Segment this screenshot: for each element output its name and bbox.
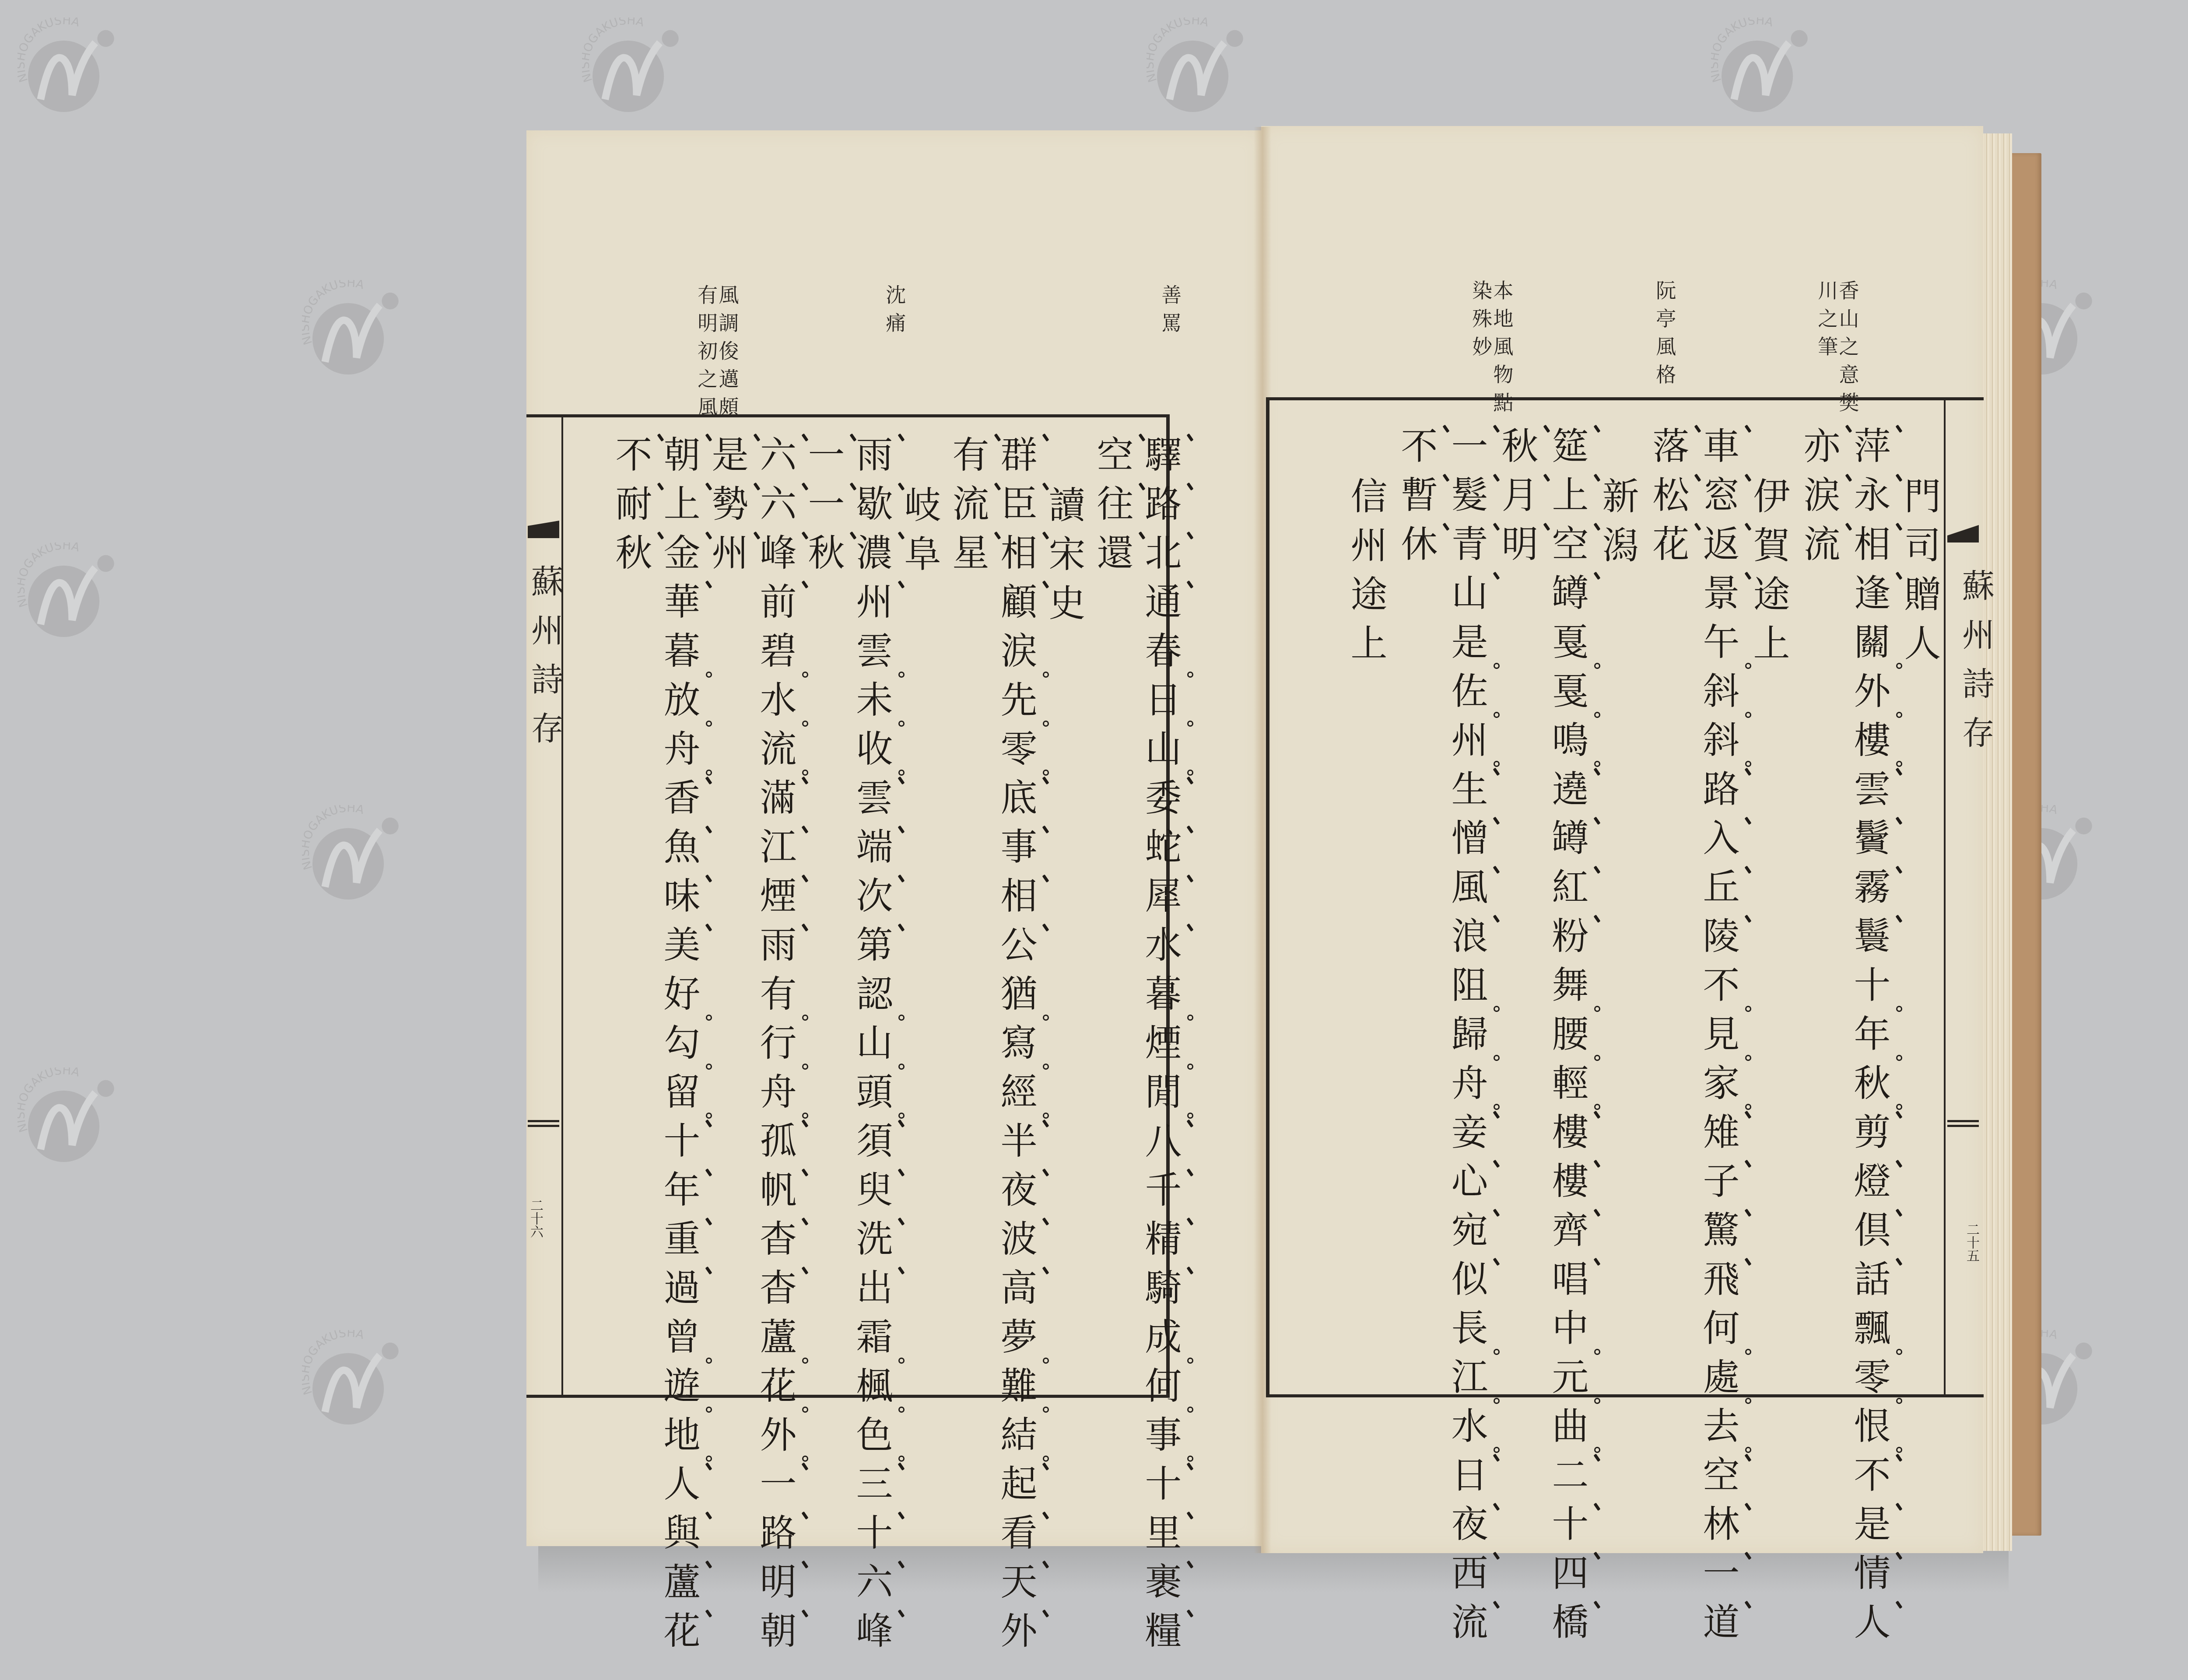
character: 心 bbox=[1445, 1162, 1488, 1211]
character: 伊 bbox=[1747, 477, 1790, 526]
character: 萍 bbox=[1848, 427, 1891, 476]
character: 明 bbox=[1496, 525, 1539, 574]
character: 曲 bbox=[1546, 1407, 1589, 1456]
character: 道 bbox=[1697, 1603, 1740, 1652]
character: 是 bbox=[706, 435, 749, 484]
character: 帆 bbox=[754, 1170, 797, 1219]
character: 返 bbox=[1697, 525, 1740, 574]
character: 須 bbox=[850, 1121, 893, 1170]
right-hanshin-title: 蘇州詩存 bbox=[1960, 569, 1992, 765]
character: 雲 bbox=[850, 778, 893, 827]
character: 看 bbox=[995, 1513, 1038, 1562]
character: 夢 bbox=[995, 1317, 1038, 1366]
character: 零 bbox=[1848, 1358, 1891, 1407]
character: 落 bbox=[1647, 427, 1690, 476]
character: 樓 bbox=[1848, 721, 1891, 770]
character: 騎 bbox=[1139, 1268, 1182, 1317]
left-hanshin-title: 蘇州詩存 bbox=[529, 564, 561, 760]
character: 不 bbox=[1697, 966, 1740, 1015]
character: 相 bbox=[995, 533, 1038, 582]
character: 岐 bbox=[898, 486, 941, 535]
character: 涙 bbox=[995, 631, 1038, 680]
character: 水 bbox=[1445, 1407, 1488, 1456]
character: 霜 bbox=[850, 1317, 893, 1366]
character: 長 bbox=[1445, 1309, 1488, 1358]
character: 半 bbox=[995, 1121, 1038, 1170]
margin-commentary: 香山之意樊 川之筆 bbox=[1816, 280, 1858, 420]
character: 車 bbox=[1697, 427, 1740, 476]
character: 金 bbox=[658, 533, 701, 582]
character: 千 bbox=[1139, 1170, 1182, 1219]
character: 青 bbox=[1445, 525, 1488, 574]
character: 流 bbox=[1798, 525, 1841, 574]
svg-text:NISHOGAKUSHA: NISHOGAKUSHA bbox=[582, 17, 646, 84]
character: 有 bbox=[754, 974, 797, 1023]
character: 與 bbox=[658, 1513, 701, 1562]
character: 前 bbox=[754, 582, 797, 631]
character: 日 bbox=[1139, 680, 1182, 729]
character: 憎 bbox=[1445, 819, 1488, 868]
book-cover-edge bbox=[2009, 153, 2041, 1536]
poem-line: 是勢州 bbox=[709, 435, 746, 582]
character: 群 bbox=[995, 435, 1038, 484]
character: 鬢 bbox=[1848, 819, 1891, 868]
character: 見 bbox=[1697, 1015, 1740, 1064]
margin-commentary: 沈痛 bbox=[884, 284, 905, 340]
character: 高 bbox=[995, 1268, 1038, 1317]
character: 髮 bbox=[1445, 476, 1488, 525]
character: 元 bbox=[1546, 1358, 1589, 1407]
character: 香 bbox=[658, 778, 701, 827]
watermark-logo: NISHOGAKUSHA bbox=[18, 17, 123, 122]
character: 佐 bbox=[1445, 672, 1488, 721]
character: 話 bbox=[1848, 1260, 1891, 1309]
character: 途 bbox=[1747, 575, 1790, 624]
character: 霧 bbox=[1848, 868, 1891, 917]
character: 委 bbox=[1139, 778, 1182, 827]
character: 十 bbox=[1139, 1464, 1182, 1513]
character: 路 bbox=[1139, 484, 1182, 533]
character: 浪 bbox=[1445, 917, 1488, 966]
character: 有 bbox=[947, 435, 989, 484]
character: 收 bbox=[850, 729, 893, 778]
right-page-number: 二十五 bbox=[1965, 1223, 1978, 1262]
character: 樓 bbox=[1546, 1113, 1589, 1162]
character: 糧 bbox=[1139, 1611, 1182, 1660]
character: 阻 bbox=[1445, 966, 1488, 1015]
character: 外 bbox=[754, 1415, 797, 1464]
character: 外 bbox=[1848, 672, 1891, 721]
character: 流 bbox=[1445, 1603, 1488, 1652]
character: 里 bbox=[1139, 1513, 1182, 1562]
character: 犀 bbox=[1139, 876, 1182, 925]
character: 暮 bbox=[1139, 974, 1182, 1023]
character: 中 bbox=[1546, 1309, 1589, 1358]
character: 是 bbox=[1445, 623, 1488, 672]
character: 人 bbox=[1848, 1603, 1891, 1652]
character: 雲 bbox=[1848, 770, 1891, 819]
character: 上 bbox=[1747, 624, 1790, 673]
character: 司 bbox=[1898, 526, 1941, 575]
character: 波 bbox=[995, 1219, 1038, 1268]
character: 西 bbox=[1445, 1554, 1488, 1603]
character: 史 bbox=[1043, 584, 1086, 633]
character: 好 bbox=[658, 974, 701, 1023]
character: 蘆 bbox=[658, 1562, 701, 1611]
watermark-logo: NISHOGAKUSHA bbox=[302, 280, 407, 385]
character: 是 bbox=[1848, 1505, 1891, 1554]
character: 燈 bbox=[1848, 1162, 1891, 1211]
character: 贈 bbox=[1898, 575, 1941, 624]
character: 家 bbox=[1697, 1064, 1740, 1113]
character: 水 bbox=[1139, 925, 1182, 974]
character: 橋 bbox=[1546, 1603, 1589, 1652]
character: 輕 bbox=[1546, 1064, 1589, 1113]
character: 宋 bbox=[1043, 535, 1086, 584]
character: 過 bbox=[658, 1268, 701, 1317]
margin-commentary: 阮亭風格 bbox=[1654, 280, 1675, 392]
character: 讀 bbox=[1043, 486, 1086, 535]
character: 恨 bbox=[1848, 1407, 1891, 1456]
character: 事 bbox=[1139, 1415, 1182, 1464]
character: 碧 bbox=[754, 631, 797, 680]
character: 色 bbox=[850, 1415, 893, 1464]
character: 楓 bbox=[850, 1366, 893, 1415]
character: 峰 bbox=[754, 533, 797, 582]
character: 上 bbox=[658, 484, 701, 533]
character: 信 bbox=[1345, 477, 1388, 526]
character: 顧 bbox=[995, 582, 1038, 631]
character: 往 bbox=[1091, 484, 1134, 533]
character: 經 bbox=[995, 1072, 1038, 1121]
character: 斜 bbox=[1697, 672, 1740, 721]
character: 年 bbox=[658, 1170, 701, 1219]
watermark-logo: NISHOGAKUSHA bbox=[1711, 17, 1816, 122]
character: 雲 bbox=[850, 631, 893, 680]
character: 宛 bbox=[1445, 1211, 1488, 1260]
margin-commentary: 風調俊邁頗 有明初之風 bbox=[696, 284, 738, 424]
poem-line: 空往還 bbox=[1094, 435, 1131, 582]
character: 子 bbox=[1697, 1162, 1740, 1211]
character: 一 bbox=[802, 484, 845, 533]
character: 不 bbox=[1848, 1456, 1891, 1505]
character: 次 bbox=[850, 876, 893, 925]
poem-line: 一髮青山是佐州生憎風浪阻歸舟妾心宛似長江水日夜西流 bbox=[1448, 427, 1485, 1652]
right-hanshin-double-rule bbox=[1947, 1120, 1979, 1127]
character: 夜 bbox=[1445, 1505, 1488, 1554]
character: 關 bbox=[1848, 623, 1891, 672]
character: 天 bbox=[995, 1562, 1038, 1611]
character: 逢 bbox=[1848, 574, 1891, 623]
character: 三 bbox=[850, 1464, 893, 1513]
poem-line: 朝上金華暮放舟香魚味美好勾留十年重過曾遊地人與蘆花 bbox=[661, 435, 698, 1660]
character: 驚 bbox=[1697, 1211, 1740, 1260]
character: 雉 bbox=[1697, 1113, 1740, 1162]
character: 相 bbox=[995, 876, 1038, 925]
character: 不 bbox=[610, 435, 652, 484]
character: 江 bbox=[754, 827, 797, 876]
svg-text:NISHOGAKUSHA: NISHOGAKUSHA bbox=[302, 280, 366, 346]
character: 休 bbox=[1395, 525, 1438, 574]
character: 一 bbox=[802, 435, 845, 484]
character: 舟 bbox=[1445, 1064, 1488, 1113]
character: 星 bbox=[947, 533, 989, 582]
character: 州 bbox=[706, 533, 749, 582]
character: 潟 bbox=[1596, 526, 1639, 575]
character: 上 bbox=[1345, 624, 1388, 673]
character: 秋 bbox=[1848, 1064, 1891, 1113]
character: 濃 bbox=[850, 533, 893, 582]
character: 起 bbox=[995, 1464, 1038, 1513]
poem-line: 不耐秋 bbox=[613, 435, 649, 582]
character: 通 bbox=[1139, 582, 1182, 631]
character: 裹 bbox=[1139, 1562, 1182, 1611]
character: 流 bbox=[754, 729, 797, 778]
character: 齊 bbox=[1546, 1211, 1589, 1260]
character: 山 bbox=[850, 1023, 893, 1072]
character: 六 bbox=[850, 1562, 893, 1611]
svg-text:NISHOGAKUSHA: NISHOGAKUSHA bbox=[1147, 17, 1210, 84]
character: 十 bbox=[1848, 966, 1891, 1015]
character: 滿 bbox=[754, 778, 797, 827]
watermark-logo: NISHOGAKUSHA bbox=[302, 805, 407, 910]
character: 景 bbox=[1697, 574, 1740, 623]
character: 人 bbox=[658, 1464, 701, 1513]
character: 戛 bbox=[1546, 672, 1589, 721]
character: 還 bbox=[1091, 533, 1134, 582]
character: 入 bbox=[1697, 819, 1740, 868]
character: 十 bbox=[1546, 1505, 1589, 1554]
character: 遊 bbox=[658, 1366, 701, 1415]
character: 腰 bbox=[1546, 1015, 1589, 1064]
character: 公 bbox=[995, 925, 1038, 974]
character: 空 bbox=[1091, 435, 1134, 484]
character: 戛 bbox=[1546, 623, 1589, 672]
character: 出 bbox=[850, 1268, 893, 1317]
character: 六 bbox=[754, 484, 797, 533]
character: 州 bbox=[1445, 721, 1488, 770]
character: 外 bbox=[995, 1611, 1038, 1660]
character: 永 bbox=[1848, 476, 1891, 525]
character: 陵 bbox=[1697, 917, 1740, 966]
character: 飄 bbox=[1848, 1309, 1891, 1358]
character: 路 bbox=[754, 1513, 797, 1562]
character: 涙 bbox=[1798, 476, 1841, 525]
character: 舞 bbox=[1546, 966, 1589, 1015]
character: 秋 bbox=[802, 533, 845, 582]
character: 驛 bbox=[1139, 435, 1182, 484]
character: 頭 bbox=[850, 1072, 893, 1121]
character: 杳 bbox=[754, 1219, 797, 1268]
character: 阜 bbox=[898, 535, 941, 584]
character: 飛 bbox=[1697, 1260, 1740, 1309]
character: 唱 bbox=[1546, 1260, 1589, 1309]
character: 猶 bbox=[995, 974, 1038, 1023]
character: 臣 bbox=[995, 484, 1038, 533]
character: 花 bbox=[1647, 525, 1690, 574]
poem-line: 群臣相顧涙先零底事相公猶寫經半夜波高夢難結起看天外 bbox=[998, 435, 1034, 1660]
character: 魚 bbox=[658, 827, 701, 876]
character: 雨 bbox=[850, 435, 893, 484]
character: 底 bbox=[995, 778, 1038, 827]
watermark-logo: NISHOGAKUSHA bbox=[18, 542, 123, 647]
character: 新 bbox=[1596, 477, 1639, 526]
character: 寫 bbox=[995, 1023, 1038, 1072]
character: 筵 bbox=[1546, 427, 1589, 476]
character: 流 bbox=[947, 484, 989, 533]
character: 難 bbox=[995, 1366, 1038, 1415]
character: 情 bbox=[1848, 1554, 1891, 1603]
character: 空 bbox=[1546, 525, 1589, 574]
watermark-logo: NISHOGAKUSHA bbox=[582, 17, 687, 122]
character: 十 bbox=[850, 1513, 893, 1562]
character: 午 bbox=[1697, 623, 1740, 672]
character: 賀 bbox=[1747, 526, 1790, 575]
character: 花 bbox=[754, 1366, 797, 1415]
character: 妾 bbox=[1445, 1113, 1488, 1162]
character: 二 bbox=[1546, 1456, 1589, 1505]
character: 耐 bbox=[610, 484, 652, 533]
character: 放 bbox=[658, 680, 701, 729]
poem-line: 不暫休 bbox=[1398, 427, 1435, 574]
character: 孤 bbox=[754, 1121, 797, 1170]
character: 事 bbox=[995, 827, 1038, 876]
character: 花 bbox=[658, 1611, 701, 1660]
poem-line: 雨歇濃州雲未收雲端次第認山頭須臾洗出霜楓色三十六峰 bbox=[853, 435, 890, 1660]
character: 一 bbox=[754, 1464, 797, 1513]
character: 美 bbox=[658, 925, 701, 974]
character: 四 bbox=[1546, 1554, 1589, 1603]
character: 華 bbox=[658, 582, 701, 631]
character: 朝 bbox=[754, 1611, 797, 1660]
character: 樓 bbox=[1546, 1162, 1589, 1211]
character: 認 bbox=[850, 974, 893, 1023]
character: 八 bbox=[1139, 1121, 1182, 1170]
character: 山 bbox=[1139, 729, 1182, 778]
character: 路 bbox=[1697, 770, 1740, 819]
character: 紅 bbox=[1546, 868, 1589, 917]
character: 林 bbox=[1697, 1505, 1740, 1554]
poem-title: 讀宋史 bbox=[1046, 486, 1083, 633]
poem-title: 新潟 bbox=[1599, 477, 1636, 575]
character: 剪 bbox=[1848, 1113, 1891, 1162]
margin-commentary: 本地風物點 染殊妙 bbox=[1470, 280, 1513, 420]
watermark-logo: NISHOGAKUSHA bbox=[18, 1067, 123, 1172]
character: 何 bbox=[1697, 1309, 1740, 1358]
poem-title: 門司贈人 bbox=[1901, 477, 1938, 673]
character: 明 bbox=[754, 1562, 797, 1611]
svg-text:NISHOGAKUSHA: NISHOGAKUSHA bbox=[302, 805, 366, 871]
character: 成 bbox=[1139, 1317, 1182, 1366]
character: 門 bbox=[1898, 477, 1941, 526]
character: 一 bbox=[1697, 1554, 1740, 1603]
character: 峰 bbox=[850, 1611, 893, 1660]
character: 煙 bbox=[754, 876, 797, 925]
character: 何 bbox=[1139, 1366, 1182, 1415]
character: 秋 bbox=[1496, 427, 1539, 476]
poem-line: 一一秋 bbox=[805, 435, 842, 582]
character: 精 bbox=[1139, 1219, 1182, 1268]
character: 舟 bbox=[658, 729, 701, 778]
character: 蘆 bbox=[754, 1317, 797, 1366]
poem-line: 萍永相逢關外樓雲鬢霧鬟十年秋剪燈倶話飄零恨不是情人 bbox=[1851, 427, 1888, 1652]
character: 州 bbox=[850, 582, 893, 631]
character: 蛇 bbox=[1139, 827, 1182, 876]
character: 零 bbox=[995, 729, 1038, 778]
svg-text:NISHOGAKUSHA: NISHOGAKUSHA bbox=[302, 1330, 366, 1396]
character: 味 bbox=[658, 876, 701, 925]
watermark-logo: NISHOGAKUSHA bbox=[1147, 17, 1252, 122]
character: 亦 bbox=[1798, 427, 1841, 476]
character: 夜 bbox=[995, 1170, 1038, 1219]
svg-text:NISHOGAKUSHA: NISHOGAKUSHA bbox=[18, 17, 81, 84]
character: 一 bbox=[1445, 427, 1488, 476]
character: 暮 bbox=[658, 631, 701, 680]
poem-title: 伊賀途上 bbox=[1750, 477, 1787, 673]
character: 遶 bbox=[1546, 770, 1589, 819]
character: 松 bbox=[1647, 476, 1690, 525]
character: 上 bbox=[1546, 476, 1589, 525]
character: 暫 bbox=[1395, 476, 1438, 525]
character: 歸 bbox=[1445, 1015, 1488, 1064]
character: 行 bbox=[754, 1023, 797, 1072]
character: 空 bbox=[1697, 1456, 1740, 1505]
character: 地 bbox=[658, 1415, 701, 1464]
character: 粉 bbox=[1546, 917, 1589, 966]
character: 煙 bbox=[1139, 1023, 1182, 1072]
character: 六 bbox=[754, 435, 797, 484]
left-hanshin-double-rule bbox=[528, 1120, 559, 1127]
character: 雨 bbox=[754, 925, 797, 974]
character: 生 bbox=[1445, 770, 1488, 819]
character: 相 bbox=[1848, 525, 1891, 574]
poem-line: 車窓返景午斜斜路入丘陵不見家雉子驚飛何處去空林一道 bbox=[1700, 427, 1737, 1652]
character: 朝 bbox=[658, 435, 701, 484]
character: 歇 bbox=[850, 484, 893, 533]
svg-text:NISHOGAKUSHA: NISHOGAKUSHA bbox=[18, 542, 81, 609]
poem-line: 筵上空罇戛戛鳴遶罇紅粉舞腰輕樓樓齊唱中元曲二十四橋 bbox=[1549, 427, 1586, 1652]
svg-text:NISHOGAKUSHA: NISHOGAKUSHA bbox=[18, 1067, 81, 1134]
left-page-number: 二十六 bbox=[529, 1199, 542, 1238]
poem-title: 信州途上 bbox=[1348, 477, 1385, 673]
poem-line: 驛路北通春日山委蛇犀水暮煙閒八千精騎成何事十里裹糧 bbox=[1142, 435, 1179, 1660]
watermark-logo: NISHOGAKUSHA bbox=[302, 1330, 407, 1435]
character: 未 bbox=[850, 680, 893, 729]
character: 斜 bbox=[1697, 721, 1740, 770]
character: 丘 bbox=[1697, 868, 1740, 917]
svg-text:NISHOGAKUSHA: NISHOGAKUSHA bbox=[1711, 17, 1775, 84]
character: 處 bbox=[1697, 1358, 1740, 1407]
character: 年 bbox=[1848, 1015, 1891, 1064]
margin-commentary: 善罵 bbox=[1160, 284, 1181, 340]
character: 山 bbox=[1445, 574, 1488, 623]
character: 舟 bbox=[754, 1072, 797, 1121]
character: 風 bbox=[1445, 868, 1488, 917]
poem-title: 岐阜 bbox=[901, 486, 938, 584]
character: 勢 bbox=[706, 484, 749, 533]
character: 留 bbox=[658, 1072, 701, 1121]
character: 州 bbox=[1345, 526, 1388, 575]
poem-line: 秋月明 bbox=[1499, 427, 1536, 574]
right-hanshin-rule bbox=[1944, 400, 1946, 1394]
character: 北 bbox=[1139, 533, 1182, 582]
character: 月 bbox=[1496, 476, 1539, 525]
character: 倶 bbox=[1848, 1211, 1891, 1260]
character: 人 bbox=[1898, 624, 1941, 673]
character: 日 bbox=[1445, 1456, 1488, 1505]
character: 先 bbox=[995, 680, 1038, 729]
poem-line: 亦涙流 bbox=[1801, 427, 1837, 574]
